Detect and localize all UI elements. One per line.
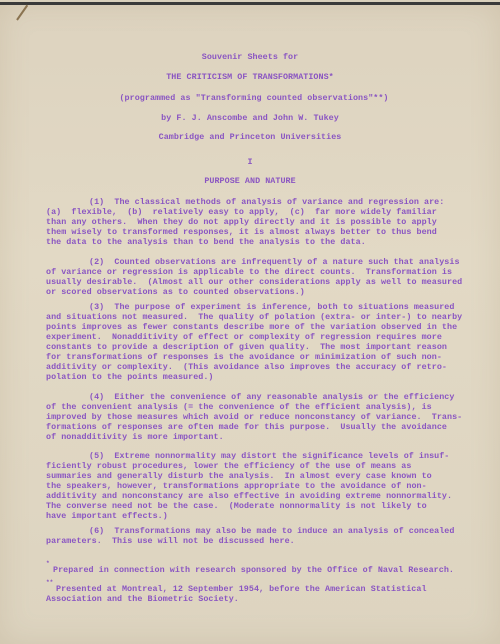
paragraph-5-line: ficiently robust procedures, lower the e… xyxy=(46,461,411,471)
paragraph-6-line: parameters. This use will not be discuss… xyxy=(46,536,295,546)
paragraph-2-line: usually desirable. (Almost all our other… xyxy=(46,277,462,287)
paragraph-1-line: the data to the analysis than to bend th… xyxy=(46,237,366,247)
paragraph-4-line: of nonadditivity is more important. xyxy=(46,432,224,442)
paragraph-5-line: have important effects.) xyxy=(46,511,168,521)
paragraph-5-line: The converse need not be the case. (Mode… xyxy=(46,501,427,511)
paragraph-2-line: of variance or regression is applicable … xyxy=(46,267,452,277)
paragraph-1-line: (1) The classical methods of analysis of… xyxy=(89,197,444,207)
paragraph-3-line: (3) The purpose of experiment is inferen… xyxy=(89,302,454,312)
paragraph-4-line: improved by those measures which avoid o… xyxy=(46,412,462,422)
paragraph-3-line: experiment. Nonadditivity of effect or c… xyxy=(46,332,442,342)
paragraph-5-line: (5) Extreme nonnormality may distort the… xyxy=(89,451,449,461)
paragraph-3-line: constants to provide a description of gi… xyxy=(46,342,447,352)
section-number: I xyxy=(0,157,500,167)
footnote-2-text: Association and the Biometric Society. xyxy=(46,594,239,604)
paragraph-1-line: (a) flexible, (b) relatively easy to app… xyxy=(46,207,437,217)
document-title: THE CRITICISM OF TRANSFORMATIONS* xyxy=(0,72,500,82)
paragraph-3-line: and situations not measured. The quality… xyxy=(46,312,462,322)
paragraph-5-line: additivity and nonconstancy are also eff… xyxy=(46,491,452,501)
paragraph-3-line: polation to the points measured.) xyxy=(46,372,214,382)
paragraph-4-line: of the convenient analysis (= the conven… xyxy=(46,402,432,412)
paragraph-2-line: or scored observations as to counted obs… xyxy=(46,287,305,297)
footnote-1-mark: * xyxy=(46,560,50,567)
staple-mark xyxy=(16,5,28,21)
footnote-1-text: Prepared in connection with research spo… xyxy=(53,565,454,575)
footnote-2-mark: ** xyxy=(46,579,53,586)
section-title: PURPOSE AND NATURE xyxy=(0,176,500,186)
paragraph-3-line: for transformations of responses is the … xyxy=(46,352,442,362)
page-top-edge xyxy=(0,2,500,5)
paragraph-2-line: (2) Counted observations are infrequentl… xyxy=(89,257,460,267)
affiliation: Cambridge and Princeton Universities xyxy=(0,132,500,142)
footnote-2-text: Presented at Montreal, 12 September 1954… xyxy=(56,584,427,594)
paragraph-4-line: (4) Either the convenience of any reason… xyxy=(89,392,454,402)
paragraph-5-line: summaries and generally disturb the anal… xyxy=(46,471,432,481)
document-subtitle: (programmed as "Transforming counted obs… xyxy=(4,93,500,103)
paragraph-1-line: them wisely to transformed responses, it… xyxy=(46,227,437,237)
authors: by F. J. Anscombe and John W. Tukey xyxy=(0,113,500,123)
paragraph-6-line: (6) Transformations may also be made to … xyxy=(89,526,454,536)
paragraph-1-line: than any others. When they do not apply … xyxy=(46,217,437,227)
document-page: Souvenir Sheets for THE CRITICISM OF TRA… xyxy=(0,2,500,644)
paragraph-3-line: additivity or complexity. (This avoidanc… xyxy=(46,362,447,372)
paragraph-4-line: formations of responses are often made f… xyxy=(46,422,447,432)
paragraph-3-line: points improves as fewer constants descr… xyxy=(46,322,457,332)
paragraph-5-line: the speakers, however, transformations a… xyxy=(46,481,427,491)
header-line1: Souvenir Sheets for xyxy=(0,52,500,62)
